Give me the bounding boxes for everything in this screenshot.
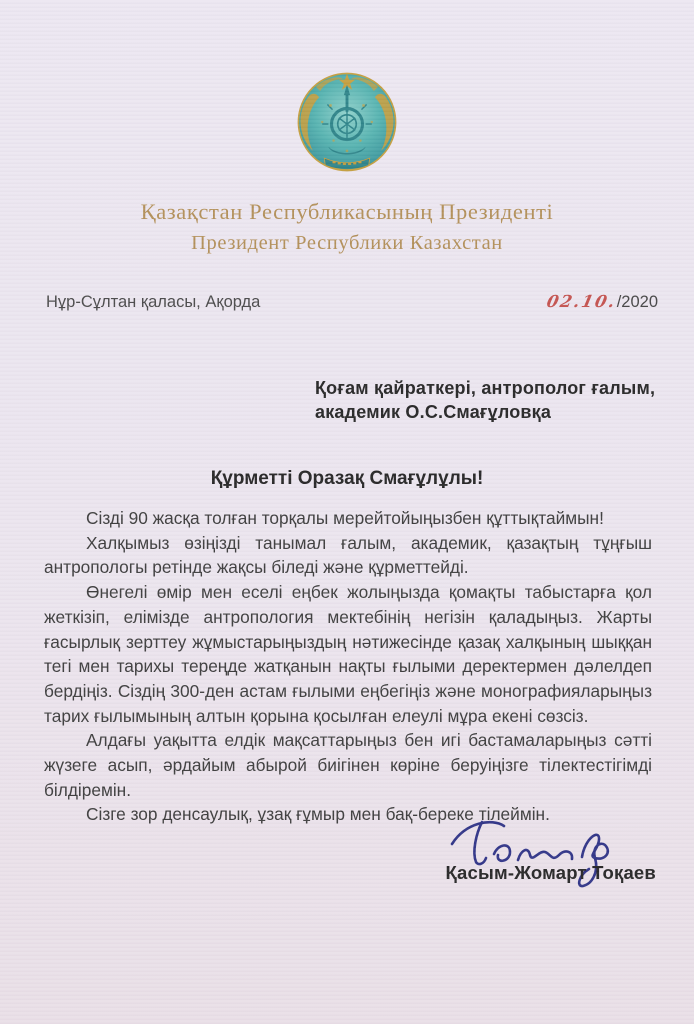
signature-printed-name: Қасым-Жомарт Тоқаев (446, 862, 656, 884)
emblem-container (0, 60, 694, 184)
paragraph-1: Сізді 90 жасқа толған торқалы мерейтойың… (44, 506, 652, 531)
kazakhstan-state-emblem-icon (285, 60, 409, 184)
salutation: Құрметті Оразақ Смағұлұлы! (0, 468, 694, 490)
date-line: 02.10./2020 (547, 292, 658, 312)
date-handwritten: 02.10. (545, 292, 618, 311)
recipient-line-1: Қоғам қайраткері, антрополог ғалым, (315, 376, 658, 400)
letterhead-title-russian: Президент Республики Казахстан (0, 229, 694, 259)
meta-row: Нұр-Сұлтан қаласы, Ақорда 02.10./2020 (46, 292, 658, 312)
paragraph-4: Алдағы уақытта елдік мақсаттарыңыз бен и… (44, 728, 652, 802)
letterhead: Қазақстан Республикасының Президенті Пре… (0, 196, 694, 258)
letter-page: Қазақстан Республикасының Президенті Пре… (0, 0, 694, 1024)
recipient-block: Қоғам қайраткері, антрополог ғалым, акад… (315, 376, 658, 424)
letterhead-title-kazakh: Қазақстан Республикасының Президенті (0, 196, 694, 229)
paragraph-2: Халқымыз өзіңізді танымал ғалым, академи… (44, 531, 652, 580)
place-line: Нұр-Сұлтан қаласы, Ақорда (46, 293, 260, 312)
paragraph-3: Өнегелі өмір мен еселі еңбек жолыңызда қ… (44, 580, 652, 728)
recipient-line-2: академик О.С.Смағұловқа (315, 400, 658, 424)
date-printed-year: /2020 (617, 293, 658, 311)
letter-body: Сізді 90 жасқа толған торқалы мерейтойың… (44, 506, 652, 827)
